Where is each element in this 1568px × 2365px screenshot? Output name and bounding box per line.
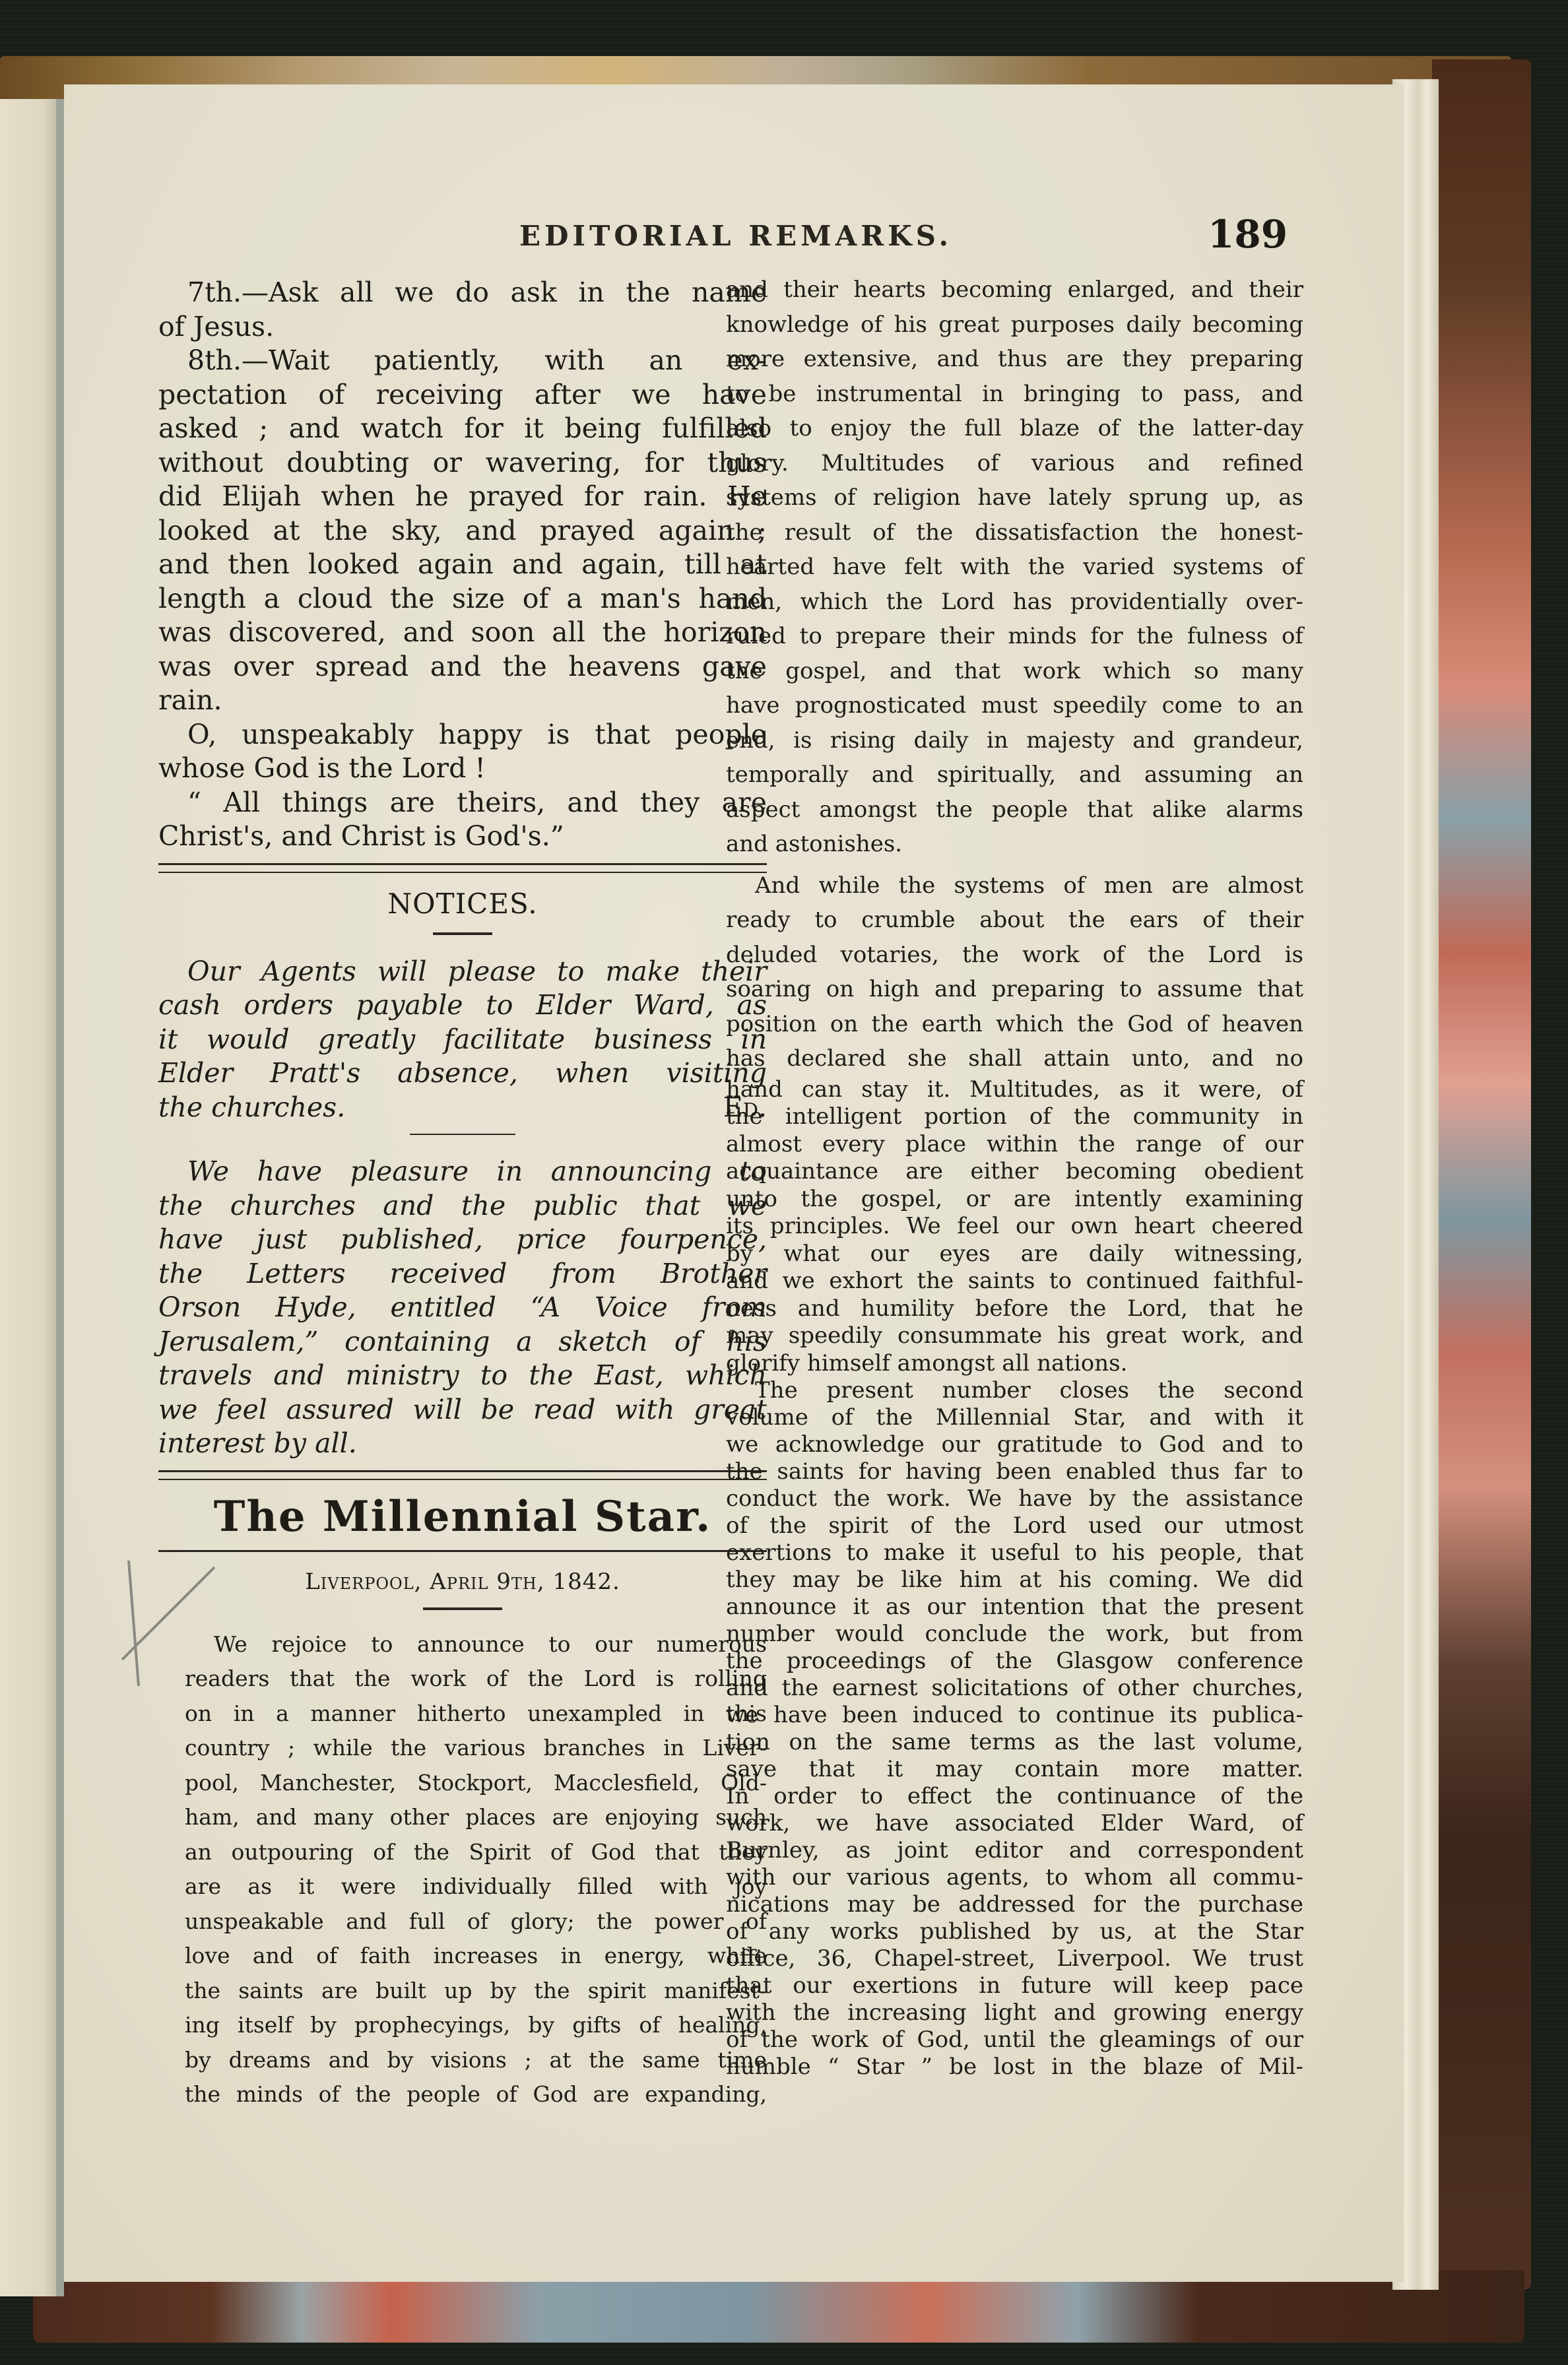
text-line: acquaintance are either becoming obedien… (726, 1158, 1303, 1186)
book-cover-marbled-edge (1432, 59, 1531, 2290)
text-line: have prognosticated must speedily come t… (726, 688, 1303, 723)
text-line: tion on the same terms as the last volum… (726, 1729, 1303, 1756)
text-line: looked at the sky, and prayed again ; (158, 514, 767, 548)
text-line: save that it may contain more matter. (726, 1756, 1303, 1783)
text-line: asked ; and watch for it being fulfilled (158, 412, 767, 446)
text-line: the proceedings of the Glasgow conferenc… (726, 1648, 1303, 1675)
text-line: Orson Hyde, entitled “A Voice from (158, 1291, 767, 1325)
text-line: 8th.—Wait patiently, with an ex- (158, 344, 767, 378)
text-line: position on the earth which the God of h… (726, 1007, 1303, 1042)
text-line: glory. Multitudes of various and refined (726, 446, 1303, 481)
text-line: “ All things are theirs, and they are (158, 786, 767, 820)
section-divider (158, 1470, 767, 1480)
text-line: an outpouring of the Spirit of God that … (185, 1835, 767, 1870)
text-line: nications may be addressed for the purch… (726, 1891, 1303, 1918)
text-line: was discovered, and soon all the horizon (158, 616, 767, 650)
text-line: and astonishes. (726, 827, 1303, 862)
text-line: aspect amongst the people that alike ala… (726, 793, 1303, 827)
text-line: with our various agents, to whom all com… (726, 1864, 1303, 1891)
short-divider (423, 1607, 502, 1610)
text-line: ing itself by prophecyings, by gifts of … (185, 2008, 767, 2043)
text-line: country ; while the various branches in … (185, 1731, 767, 1766)
text-line: temporally and spiritually, and assuming… (726, 758, 1303, 793)
text-line: and the earnest solicitations of other c… (726, 1675, 1303, 1702)
paragraph-1: and their hearts becoming enlarged, and … (726, 273, 1303, 862)
text-line: interest by all. (158, 1427, 767, 1461)
text-line: it would greatly facilitate business in (158, 1023, 767, 1057)
section-divider (158, 863, 767, 873)
short-divider (433, 932, 492, 935)
text-line: by what our eyes are daily witnessing, (726, 1241, 1303, 1268)
text-line: systems of religion have lately sprung u… (726, 480, 1303, 515)
pencil-x-mark-icon (115, 1554, 228, 1693)
text-line: ness and humility before the Lord, that … (726, 1295, 1303, 1323)
text-line: to be instrumental in bringing to pass, … (726, 377, 1303, 412)
text-line: ham, and many other places are enjoying … (185, 1800, 767, 1835)
text-line: length a cloud the size of a man's hand (158, 582, 767, 616)
text-line: Burnley, as joint editor and corresponde… (726, 1837, 1303, 1864)
text-line: men, which the Lord has providentially o… (726, 585, 1303, 620)
text-line: we acknowledge our gratitude to God and … (726, 1431, 1303, 1458)
text-line: of Jesus. (158, 310, 767, 344)
text-line: the saints for having been enabled thus … (726, 1458, 1303, 1485)
text-line: unto the gospel, or are intently examini… (726, 1186, 1303, 1214)
text-line: Our Agents will please to make their (158, 955, 767, 989)
left-column: 7th.—Ask all we do ask in the name of Je… (158, 276, 767, 2112)
continuation-text: 7th.—Ask all we do ask in the name of Je… (158, 276, 767, 854)
text-line: humble “ Star ” be lost in the blaze of … (726, 2054, 1303, 2081)
text-line: the result of the dissatisfaction the ho… (726, 515, 1303, 550)
book-page: EDITORIAL REMARKS. 189 7th.—Ask all we d… (64, 84, 1404, 2282)
text-line: almost every place within the range of o… (726, 1131, 1303, 1159)
text-line: was over spread and the heavens gave (158, 650, 767, 684)
text-line: has declared she shall attain unto, and … (726, 1041, 1303, 1076)
text-line: the intelligent portion of the community… (726, 1103, 1303, 1131)
text-line: ruled to prepare their minds for the ful… (726, 619, 1303, 654)
text-line: and then looked again and again, till at (158, 548, 767, 582)
text-line: hearted have felt with the varied system… (726, 550, 1303, 585)
text-line: deluded votaries, the work of the Lord i… (726, 938, 1303, 973)
text-line: the Letters received from Brother (158, 1257, 767, 1291)
text-line: we feel assured will be read with great (158, 1393, 767, 1427)
text-line: the churches.Ed. (158, 1091, 767, 1125)
dateline: Liverpool, April 9th, 1842. (158, 1563, 767, 1601)
text-line: and their hearts becoming enlarged, and … (726, 273, 1303, 308)
masthead-rule (158, 1550, 767, 1552)
text-line: of the work of God, until the gleamings … (726, 2026, 1303, 2054)
text-line: travels and ministry to the East, which (158, 1359, 767, 1393)
text-line: Christ's, and Christ is God's.” (158, 820, 767, 854)
text-line: may speedily consummate his great work, … (726, 1322, 1303, 1350)
text-line: also to enjoy the full blaze of the latt… (726, 411, 1303, 446)
text-line: In order to effect the continuance of th… (726, 1783, 1303, 1810)
paragraph-2: And while the systems of men are almost … (726, 868, 1303, 1378)
text-line: without doubting or wavering, for thus (158, 446, 767, 480)
text-line: the churches and the public that we (158, 1189, 767, 1223)
text-line: volume of the Millennial Star, and with … (726, 1404, 1303, 1431)
text-line: whose God is the Lord ! (158, 752, 767, 786)
text-line: did Elijah when he prayed for rain. He (158, 480, 767, 514)
text-line: pool, Manchester, Stockport, Macclesfiel… (185, 1766, 767, 1801)
text-line: end, is rising daily in majesty and gran… (726, 723, 1303, 758)
text-line: they may be like him at his coming. We d… (726, 1567, 1303, 1594)
text-line: work, we have associated Elder Ward, of (726, 1810, 1303, 1837)
text-line: with the increasing light and growing en… (726, 1999, 1303, 2026)
running-head: EDITORIAL REMARKS. 189 (64, 220, 1404, 259)
text-line: glorify himself amongst all nations. (726, 1350, 1303, 1378)
text-line: the gospel, and that work which so many (726, 654, 1303, 689)
text-line: of any works published by us, at the Sta… (726, 1918, 1303, 1945)
text-line: 7th.—Ask all we do ask in the name (158, 276, 767, 310)
text-line: O, unspeakably happy is that people (158, 718, 767, 752)
text-line: The present number closes the second (726, 1377, 1303, 1404)
facing-page-edge (0, 99, 63, 2296)
text-line: of the spirit of the Lord used our utmos… (726, 1512, 1303, 1539)
editorial-article: We rejoice to announce to our numerous r… (158, 1627, 767, 2112)
short-divider (410, 1134, 515, 1135)
text-line: readers that the work of the Lord is rol… (185, 1662, 767, 1697)
text-line: conduct the work. We have by the assista… (726, 1485, 1303, 1512)
text-line: We have pleasure in announcing to (158, 1155, 767, 1189)
text-line: its principles. We feel our own heart ch… (726, 1213, 1303, 1241)
text-line: announce it as our intention that the pr… (726, 1594, 1303, 1621)
book-gutter (56, 99, 64, 2296)
paragraph-3: The present number closes the second vol… (726, 1377, 1303, 2081)
text-line: pectation of receiving after we have (158, 378, 767, 412)
text-line: We rejoice to announce to our numerous (185, 1627, 767, 1662)
text-line: office, 36, Chapel-street, Liverpool. We… (726, 1945, 1303, 1972)
text-line: ready to crumble about the ears of their (726, 903, 1303, 938)
text-line: number would conclude the work, but from (726, 1621, 1303, 1648)
text-line: hand can stay it. Multitudes, as it were… (726, 1076, 1303, 1104)
notice-voice-from-jerusalem: We have pleasure in announcing to the ch… (158, 1155, 767, 1461)
running-title: EDITORIAL REMARKS. (519, 220, 952, 252)
text-line: Jerusalem,” containing a sketch of his (158, 1325, 767, 1359)
text-line: that our exertions in future will keep p… (726, 1972, 1303, 1999)
text-line: we have been induced to continue its pub… (726, 1702, 1303, 1729)
text-line: Elder Pratt's absence, when visiting (158, 1056, 767, 1091)
text-line: on in a manner hitherto unexampled in th… (185, 1697, 767, 1732)
text-line: by dreams and by visions ; at the same t… (185, 2043, 767, 2078)
text-line: and we exhort the saints to continued fa… (726, 1268, 1303, 1295)
text-line: the saints are built up by the spirit ma… (185, 1974, 767, 2009)
text-line: soaring on high and preparing to assume … (726, 972, 1303, 1007)
text-line: have just published, price fourpence, (158, 1223, 767, 1257)
text-line: more extensive, and thus are they prepar… (726, 342, 1303, 377)
text-line: rain. (158, 684, 767, 718)
text-line: exertions to make it useful to his peopl… (726, 1539, 1303, 1567)
right-column: and their hearts becoming enlarged, and … (726, 273, 1303, 2081)
notice-agents: Our Agents will please to make their cas… (158, 955, 767, 1125)
page-number: 189 (1208, 212, 1288, 257)
text-segment: the churches. (158, 1091, 345, 1123)
text-line: And while the systems of men are almost (726, 868, 1303, 903)
text-line: knowledge of his great purposes daily be… (726, 308, 1303, 342)
text-line: cash orders payable to Elder Ward, as (158, 988, 767, 1023)
text-line: unspeakable and full of glory; the power… (185, 1904, 767, 1939)
text-line: are as it were individually filled with … (185, 1869, 767, 1904)
text-line: the minds of the people of God are expan… (185, 2077, 767, 2112)
notices-heading: NOTICES. (158, 885, 767, 923)
text-line: love and of faith increases in energy, w… (185, 1939, 767, 1974)
masthead-title: The Millennial Star. (158, 1487, 767, 1547)
